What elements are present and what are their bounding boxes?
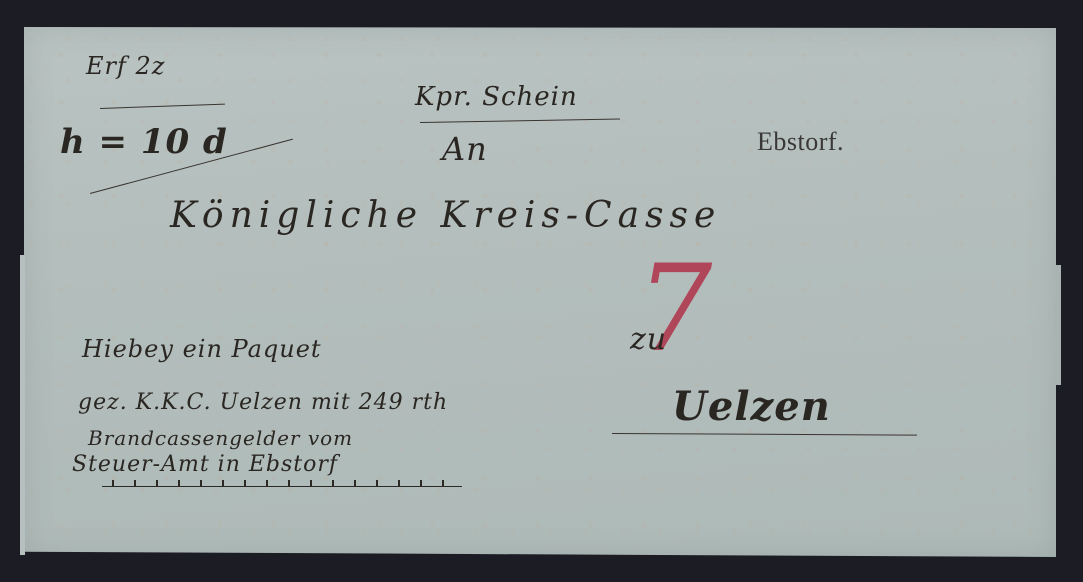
destination-city: Uelzen [672,383,831,430]
addressee-line: Königliche Kreis-Casse [170,195,721,236]
paper-fold-flap [1056,265,1061,385]
contents-note-line-2: gez. K.K.C. Uelzen mit 249 rth [78,390,448,415]
paper-fold-left [20,255,25,555]
notation-line-2: h = 10 d [60,122,228,162]
contents-note-line-3: Brandcassengelder vom [88,426,353,450]
routing-note-line-1: Kpr. Schein [415,82,578,112]
contents-note-line-1: Hiebey ein Paquet [82,335,322,363]
notation-line-1: Erf 2z [86,52,165,80]
ebstorf-postmark: Ebstorf. [757,127,844,157]
address-prefix: zu [630,322,667,357]
routing-note-line-2: An [442,130,488,168]
contents-note-line-4: Steuer-Amt in Ebstorf [72,452,338,477]
contents-note-wavy-underline [102,480,462,487]
